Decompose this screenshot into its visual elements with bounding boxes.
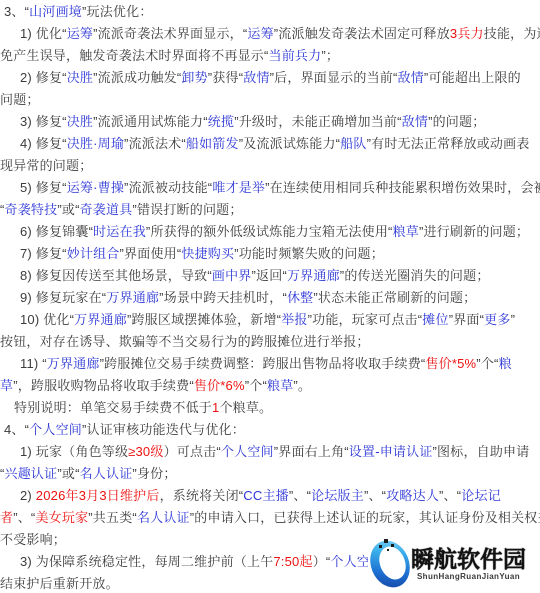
text-segment: 统揽 <box>208 114 234 129</box>
text-segment: ”功能时频繁失败的问题； <box>234 246 384 261</box>
text-segment: 运筹 <box>247 26 273 41</box>
text-segment: ”的申请入口，已获得上述认证的玩家，其认证身份及相关权益 <box>190 510 540 525</box>
text-segment: 船队 <box>340 136 366 151</box>
text-segment: 敌情 <box>398 70 424 85</box>
text-line: 5) 修复“运筹·曹操”流派被动技能“唯才是举”在连续使用相同兵种技能累积增伤效… <box>0 177 540 199</box>
text-segment: 特别说明：单笔交易手续费不低于 <box>14 400 212 415</box>
text-segment: 1) 玩家（角色等级 <box>20 444 128 459</box>
text-segment: 万界通廊 <box>287 268 340 283</box>
text-segment: 时运在我 <box>93 224 146 239</box>
text-segment: 2026年3月3日维护后 <box>36 488 160 503</box>
text-segment: ”共五类“ <box>88 510 137 525</box>
text-line: 4) 修复“决胜·周瑜”流派法术“船如箭发”及流派试炼能力“船队”有时无法正常释… <box>0 133 540 155</box>
text-segment: ”场景中跨天挂机时，“ <box>159 290 287 305</box>
text-segment: ”跨服摊位交易手续费调整：跨服出售物品将收取手续费“ <box>100 356 426 371</box>
text-segment: ”及流派试炼能力“ <box>239 136 340 151</box>
text-segment: ”进行刷新的问题； <box>419 224 529 239</box>
text-segment: 个人空 <box>330 554 370 569</box>
text-segment: 免产生误导，触发奇袭法术时界面将不再显示“ <box>0 48 269 63</box>
text-segment: 3) 修复“ <box>20 114 67 129</box>
text-segment: ”有时无法正常释放或动画表 <box>367 136 530 151</box>
text-segment: ”、“ <box>13 510 35 525</box>
text-segment: 2) 修复“ <box>20 70 67 85</box>
text-segment: 名人认证 <box>80 466 133 481</box>
text-segment: 8) 修复因传送至其他场景，导致“ <box>20 268 212 283</box>
text-segment: 决胜 <box>67 70 93 85</box>
text-segment: ” <box>511 312 516 327</box>
text-segment: ）可点击“ <box>164 444 221 459</box>
text-segment: 休整 <box>287 290 313 305</box>
text-segment: 个粮草。 <box>219 400 272 415</box>
text-segment: ，系统将关闭“ <box>160 488 244 503</box>
text-segment: 摊位 <box>422 312 448 327</box>
text-segment: 美女玩家 <box>35 510 88 525</box>
text-segment: ”流派触发奇袭法术固定可释放 <box>274 26 450 41</box>
text-segment: 按钮，对存在诱导、欺骗等不当交易行为的跨服摊位进行举报； <box>0 334 370 349</box>
text-segment: ”或“ <box>57 202 79 217</box>
text-line: 按钮，对存在诱导、欺骗等不当交易行为的跨服摊位进行举报； <box>0 331 540 353</box>
text-line: 2) 2026年3月3日维护后，系统将关闭“CC主播”、“论坛版主”、“攻略达人… <box>0 485 540 507</box>
document-text: 3、“山河画境”玩法优化：1) 优化“运筹”流派奇袭法术界面显示，“运筹”流派触… <box>0 0 540 593</box>
text-segment: 敌情 <box>243 70 269 85</box>
text-segment: 粮 <box>499 356 512 371</box>
swoosh-ellipse-icon <box>368 536 414 592</box>
text-segment: 10) 优化“ <box>20 312 74 327</box>
watermark-title: 瞬航软件园 <box>411 547 526 571</box>
text-segment: 3兵力 <box>450 26 484 41</box>
text-segment: 运筹·曹操 <box>67 180 124 195</box>
text-segment: ”界面右上角“ <box>274 444 349 459</box>
text-segment: 敌情 <box>402 114 428 129</box>
text-segment: 设置-申请认证 <box>349 444 433 459</box>
text-segment: ”流派被动技能“ <box>124 180 212 195</box>
text-segment: 技能，为避 <box>484 26 540 41</box>
text-segment: 结束护后重新开放。 <box>0 576 119 591</box>
text-segment: ”状态未能正常刷新的问题； <box>313 290 476 305</box>
watermark-logo: 瞬航软件园 ShunHangRuanJianYuan <box>368 535 540 593</box>
text-segment: 更多 <box>484 312 510 327</box>
text-segment: ”身份； <box>132 466 176 481</box>
text-line: 4、“个人空间”认证审核功能迭代与优化： <box>0 419 540 441</box>
text-segment: 3、“ <box>4 4 29 19</box>
text-segment: 奇袭道具 <box>80 202 133 217</box>
text-segment: 4、“ <box>4 422 29 437</box>
text-line: 2) 修复“决胜”流派成功触发“卸势”获得“敌情”后，界面显示的当前“敌情”可能… <box>0 67 540 89</box>
text-segment: 奇袭特技 <box>5 202 58 217</box>
text-segment: 攻略达人 <box>386 488 439 503</box>
text-segment: ”、“ <box>289 488 311 503</box>
text-segment: ”的传送光圈消失的问题； <box>340 268 490 283</box>
text-segment: ”； <box>321 48 339 63</box>
text-segment: 决胜·周瑜 <box>67 136 124 151</box>
text-segment: ”流派奇袭法术界面显示，“ <box>93 26 247 41</box>
text-segment: 1) 优化“ <box>20 26 67 41</box>
text-segment: 论坛记 <box>461 488 501 503</box>
text-line: 9) 修复玩家在“万界通廊”场景中跨天挂机时，“休整”状态未能正常刷新的问题； <box>0 287 540 309</box>
text-segment: ”个“ <box>245 378 267 393</box>
text-line: 者”、“美女玩家”共五类“名人认证”的申请入口，已获得上述认证的玩家，其认证身份… <box>0 507 540 529</box>
text-segment: 名人认证 <box>137 510 190 525</box>
text-segment: ”流派成功触发“ <box>93 70 181 85</box>
text-segment: ≥30级 <box>128 444 163 459</box>
text-line: “奇袭特技”或“奇袭道具”错误打断的问题； <box>0 199 540 221</box>
text-segment: ”所获得的额外低级试炼能力宝箱无法使用“ <box>146 224 393 239</box>
text-line: 草”，跨服收购物品将收取手续费“售价*6%”个“粮草”。 <box>0 375 540 397</box>
watermark-subtitle: ShunHangRuanJianYuan <box>417 572 520 581</box>
text-segment: ）“ <box>313 554 331 569</box>
text-segment: 运筹 <box>67 26 93 41</box>
text-segment: 粮草 <box>393 224 419 239</box>
text-line: “兴趣认证”或“名人认证”身份； <box>0 463 540 485</box>
text-segment: ”错误打断的问题； <box>132 202 242 217</box>
text-segment: 粮草 <box>267 378 293 393</box>
text-segment: ”界面“ <box>449 312 484 327</box>
text-segment: 画中界 <box>212 268 252 283</box>
text-segment: 卸势 <box>181 70 207 85</box>
text-segment: ”流派法术“ <box>124 136 186 151</box>
text-line: 11) “万界通廊”跨服摊位交易手续费调整：跨服出售物品将收取手续费“售价*5%… <box>0 353 540 375</box>
text-line: 10) 优化“万界通廊”跨服区域摆摊体验，新增“举报”功能，玩家可点击“摊位”界… <box>0 309 540 331</box>
text-segment: ”升级时，未能正确增加当前“ <box>234 114 401 129</box>
text-segment: 不受影响； <box>0 532 66 547</box>
text-segment: CC主播 <box>243 488 289 503</box>
text-segment: 当前兵力 <box>269 48 322 63</box>
text-line: 问题； <box>0 89 540 111</box>
text-segment: 万界通廊 <box>47 356 100 371</box>
text-segment: 万界通廊 <box>106 290 159 305</box>
text-segment: ”的问题； <box>428 114 485 129</box>
text-segment: ”、“ <box>439 488 461 503</box>
text-line: 3) 修复“决胜”流派通用试炼能力“统揽”升级时，未能正确增加当前“敌情”的问题… <box>0 111 540 133</box>
text-segment: 个人空间 <box>29 422 82 437</box>
text-segment: 论坛版主 <box>311 488 364 503</box>
text-segment: 2) <box>20 488 36 503</box>
text-segment: 售价*5% <box>425 356 476 371</box>
text-line: 3、“山河画境”玩法优化： <box>0 1 540 23</box>
text-segment: ”或“ <box>57 466 79 481</box>
text-segment: 11) “ <box>20 356 47 371</box>
text-line: 7) 修复“妙计组合”界面使用“快捷购买”功能时频繁失败的问题； <box>0 243 540 265</box>
text-segment: ”流派通用试炼能力“ <box>93 114 208 129</box>
text-segment: 者 <box>0 510 13 525</box>
text-segment: 草 <box>0 378 13 393</box>
text-segment: ”个“ <box>476 356 498 371</box>
text-line: 现异常的问题； <box>0 155 540 177</box>
text-segment: 快捷购买 <box>181 246 234 261</box>
text-segment: 5) 修复“ <box>20 180 67 195</box>
text-line: 1) 优化“运筹”流派奇袭法术界面显示，“运筹”流派触发奇袭法术固定可释放3兵力… <box>0 23 540 45</box>
text-segment: 妙计组合 <box>67 246 120 261</box>
text-line: 6) 修复锦囊“时运在我”所获得的额外低级试炼能力宝箱无法使用“粮草”进行刷新的… <box>0 221 540 243</box>
text-segment: ”在连续使用相同兵种技能累积增伤效果时，会被 <box>265 180 540 195</box>
text-segment: 船如箭发 <box>186 136 239 151</box>
text-segment: ”玩法优化： <box>82 4 153 19</box>
text-segment: ”返回“ <box>252 268 287 283</box>
text-segment: 6) 修复锦囊“ <box>20 224 93 239</box>
text-segment: ”功能，玩家可点击“ <box>308 312 423 327</box>
text-segment: ”，跨服收购物品将收取手续费“ <box>13 378 194 393</box>
text-segment: 山河画境 <box>29 4 82 19</box>
text-segment: 决胜 <box>67 114 93 129</box>
text-segment: 现异常的问题； <box>0 158 92 173</box>
text-segment: ”跨服区域摆摊体验，新增“ <box>127 312 281 327</box>
text-segment: ”。 <box>293 378 311 393</box>
text-segment: 9) 修复玩家在“ <box>20 290 106 305</box>
text-segment: 万界通廊 <box>74 312 127 327</box>
text-line: 8) 修复因传送至其他场景，导致“画中界”返回“万界通廊”的传送光圈消失的问题； <box>0 265 540 287</box>
text-segment: ”后，界面显示的当前“ <box>270 70 398 85</box>
text-segment: 唯才是举 <box>212 180 265 195</box>
text-segment: ”获得“ <box>208 70 243 85</box>
text-segment: ”认证审核功能迭代与优化： <box>82 422 245 437</box>
text-segment: ”可能超出上限的 <box>424 70 521 85</box>
patch-notes-page: 3、“山河画境”玩法优化：1) 优化“运筹”流派奇袭法术界面显示，“运筹”流派触… <box>0 0 540 593</box>
text-segment: 兴趣认证 <box>5 466 58 481</box>
text-segment: 3) 为保障系统稳定性，每周二维护前（上午 <box>20 554 273 569</box>
text-line: 1) 玩家（角色等级≥30级）可点击“个人空间”界面右上角“设置-申请认证”图标… <box>0 441 540 463</box>
text-segment: 7) 修复“ <box>20 246 67 261</box>
text-segment: ”图标，自助申请 <box>433 444 530 459</box>
text-segment: 问题； <box>0 92 40 107</box>
text-segment: 7:50起 <box>273 554 312 569</box>
text-segment: 个人空间 <box>221 444 274 459</box>
text-segment: 4) 修复“ <box>20 136 67 151</box>
text-line: 特别说明：单笔交易手续费不低于1个粮草。 <box>0 397 540 419</box>
text-segment: ”界面使用“ <box>120 246 182 261</box>
text-segment: 举报 <box>281 312 307 327</box>
text-line: 免产生误导，触发奇袭法术时界面将不再显示“当前兵力”； <box>0 45 540 67</box>
text-segment: ”、“ <box>364 488 386 503</box>
text-segment: 售价*6% <box>194 378 245 393</box>
